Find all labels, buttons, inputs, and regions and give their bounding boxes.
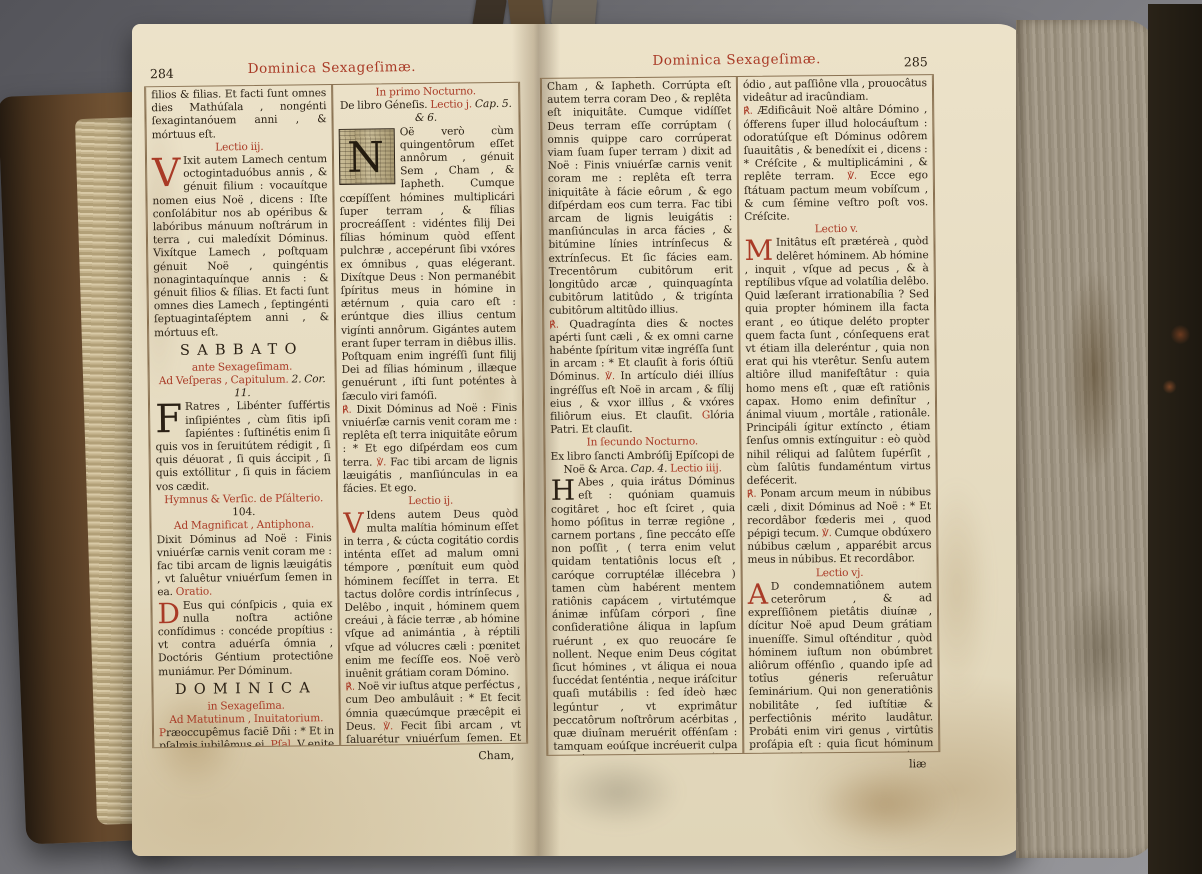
text-paragraph: Dixit Dóminus ad Noë : Finis vniuérſæ ca… bbox=[157, 532, 333, 600]
text-segment: G bbox=[702, 409, 710, 421]
text-paragraph: MInitâtus eſt prætéreà , quòd delêret hó… bbox=[744, 236, 930, 489]
text-paragraph: HAbes , quia irátus Dóminus eſt : quónia… bbox=[551, 475, 738, 755]
woodcut-initial: N bbox=[339, 128, 396, 185]
text-paragraph: ℟. Ponam arcum meum in núbibus cæli , di… bbox=[747, 486, 932, 567]
text-paragraph: filios & filias. Et facti ſunt omnes die… bbox=[151, 87, 327, 142]
drop-cap: D bbox=[157, 599, 183, 625]
text-segment: Cham , & Iapheth. Corrúpta eſt autem ter… bbox=[547, 79, 733, 317]
text-segment: Pſal. bbox=[271, 739, 298, 747]
versicle-mark: ℟. bbox=[747, 489, 761, 500]
versicle-mark: ℣. bbox=[605, 372, 620, 383]
text-paragraph: AD condemnatiônem autem ceterôrum , & ad… bbox=[748, 579, 934, 753]
versicle-mark: ℣. bbox=[383, 721, 400, 732]
text-paragraph: Cham , & Iapheth. Corrúpta eſt autem ter… bbox=[547, 79, 733, 318]
drop-cap: M bbox=[744, 237, 776, 263]
text-paragraph: DEus qui cónſpicis , quia ex nulla noſtr… bbox=[157, 598, 333, 679]
drop-cap: H bbox=[551, 477, 579, 503]
photo-background: 284 Dominica Sexageſimæ. filios & filias… bbox=[0, 0, 1202, 874]
text-segment: Ad Veſperas , Capitulum. bbox=[159, 374, 292, 388]
text-paragraph: Ex libro ſancti Ambróſij Epíſcopi de Noë… bbox=[550, 449, 734, 477]
text-paragraph: ℟. Noë vir iuſtus atque perféctus , cum … bbox=[345, 679, 521, 745]
text-segment: filios & filias. Et facti ſunt omnes die… bbox=[151, 87, 326, 141]
rubric-heading: Hymnus & Verſic. de Pſálterio. 104. bbox=[156, 492, 331, 521]
text-segment: Initâtus eſt prætéreà , quòd delêret hóm… bbox=[745, 236, 931, 487]
right-page-header: Dominica Sexageſimæ. 285 bbox=[540, 50, 934, 78]
right-page: Dominica Sexageſimæ. 285 Cham , & Iaphet… bbox=[540, 50, 941, 756]
versicle-mark: ℟. bbox=[549, 319, 569, 330]
text-paragraph: Præoccupêmus faciẽ Dñi : * Et in pſalmis… bbox=[159, 725, 334, 747]
text-paragraph: De libro Géneſis. Lectio j. Cap. 5. & 6. bbox=[338, 98, 513, 127]
book-right-cover bbox=[1148, 4, 1202, 874]
stain bbox=[816, 766, 952, 842]
versicle-mark: ℣. bbox=[847, 171, 870, 182]
text-segment: Lectio iiij. bbox=[670, 462, 722, 474]
right-text-frame: Cham , & Iapheth. Corrúpta eſt autem ter… bbox=[540, 74, 940, 756]
text-segment: ódio , aut paſſiône vlla , prouocâtus vi… bbox=[743, 77, 927, 104]
text-segment: SABBATO bbox=[180, 341, 304, 359]
running-title-right: Dominica Sexageſimæ. bbox=[540, 50, 934, 70]
text-segment: Hymnus & Verſic. de Pſálterio. bbox=[164, 492, 323, 506]
text-segment: Ad Matutinum , Inuitatorium. bbox=[169, 712, 323, 726]
left-column-2: In primo Nocturno.De libro Géneſis. Lect… bbox=[332, 83, 527, 745]
page-number-right: 285 bbox=[904, 54, 928, 69]
text-paragraph: NOë verò cùm quingentôrum eſſet annôrum … bbox=[339, 124, 517, 403]
left-page-header: 284 Dominica Sexageſimæ. bbox=[144, 58, 520, 87]
text-segment: In ſecundo Nocturno. bbox=[587, 436, 699, 449]
text-segment: De libro Géneſis. bbox=[340, 99, 431, 112]
versicle-mark: ℟. bbox=[345, 682, 357, 693]
drop-cap: F bbox=[155, 401, 185, 436]
text-segment: Lectio iij. bbox=[215, 141, 263, 154]
catchword-right: liæ bbox=[909, 757, 927, 770]
text-paragraph: ódio , aut paſſiône vlla , prouocâtus vi… bbox=[743, 77, 927, 105]
text-segment: in Sexageſima. bbox=[207, 699, 285, 712]
versicle-mark: ℟. bbox=[342, 405, 357, 416]
text-segment: Abes , quia irátus Dóminus eſt : quóniam… bbox=[551, 475, 738, 755]
text-paragraph: FRatres , Libénter ſuffértis inſipiéntes… bbox=[155, 400, 331, 495]
text-segment: Idens autem Deus quòd multa malítia hómi… bbox=[344, 507, 521, 680]
left-column-1: filios & filias. Et facti ſunt omnes die… bbox=[145, 85, 340, 747]
section-title: DOMINICA bbox=[158, 679, 333, 700]
text-paragraph: ℟. Ædificâuit Noë altâre Dómino , óffere… bbox=[743, 104, 928, 225]
text-paragraph: ℟. Quadragínta dies & noctes apérti ſunt… bbox=[549, 317, 734, 438]
right-column-2: ódio , aut paſſiône vlla , prouocâtus vi… bbox=[737, 75, 939, 753]
text-segment: Ad Magnificat , Antiphona. bbox=[174, 519, 314, 533]
left-text-frame: filios & filias. Et facti ſunt omnes die… bbox=[144, 82, 528, 749]
text-paragraph: ℟. Dixit Dóminus ad Noë : Finis vniuérſæ… bbox=[342, 402, 518, 497]
versicle-mark: ℟. bbox=[743, 106, 757, 117]
text-segment: Lectio ij. bbox=[408, 495, 453, 508]
versicle-mark: ℣. bbox=[822, 528, 834, 539]
text-segment: Cap. 4. bbox=[631, 463, 671, 475]
drop-cap: V bbox=[152, 155, 183, 190]
text-segment: Oratio. bbox=[176, 586, 213, 598]
text-segment: In primo Nocturno. bbox=[375, 85, 476, 98]
text-segment: D condemnatiônem autem ceterôrum , & ad … bbox=[748, 579, 934, 753]
text-segment: DOMINICA bbox=[175, 680, 317, 698]
drop-cap: A bbox=[748, 580, 771, 606]
drop-cap: V bbox=[343, 509, 366, 535]
catchword-left: Cham, bbox=[478, 749, 514, 762]
text-segment: Eus qui cónſpicis , quia ex nulla noſtra… bbox=[158, 598, 333, 678]
text-segment: 104. bbox=[232, 506, 255, 518]
right-column-1: Cham , & Iapheth. Corrúpta eſt autem ter… bbox=[541, 77, 743, 755]
fore-edge-pages bbox=[1016, 20, 1158, 858]
text-segment: Lectio v. bbox=[815, 223, 858, 235]
text-segment: Lectio j. bbox=[430, 98, 475, 111]
stain bbox=[556, 756, 680, 828]
text-segment: Lectio vj. bbox=[816, 566, 864, 578]
section-title: SABBATO bbox=[154, 340, 329, 361]
left-page: 284 Dominica Sexageſimæ. filios & filias… bbox=[144, 58, 528, 749]
running-title-left: Dominica Sexageſimæ. bbox=[144, 58, 520, 79]
versicle-mark: ℣. bbox=[377, 457, 391, 468]
text-segment: ante Sexageſimam. bbox=[192, 360, 293, 373]
text-paragraph: VIxit autem Lamech centum octogintaduóbu… bbox=[152, 153, 329, 340]
text-paragraph: VIdens autem Deus quòd multa malítia hóm… bbox=[343, 507, 520, 681]
